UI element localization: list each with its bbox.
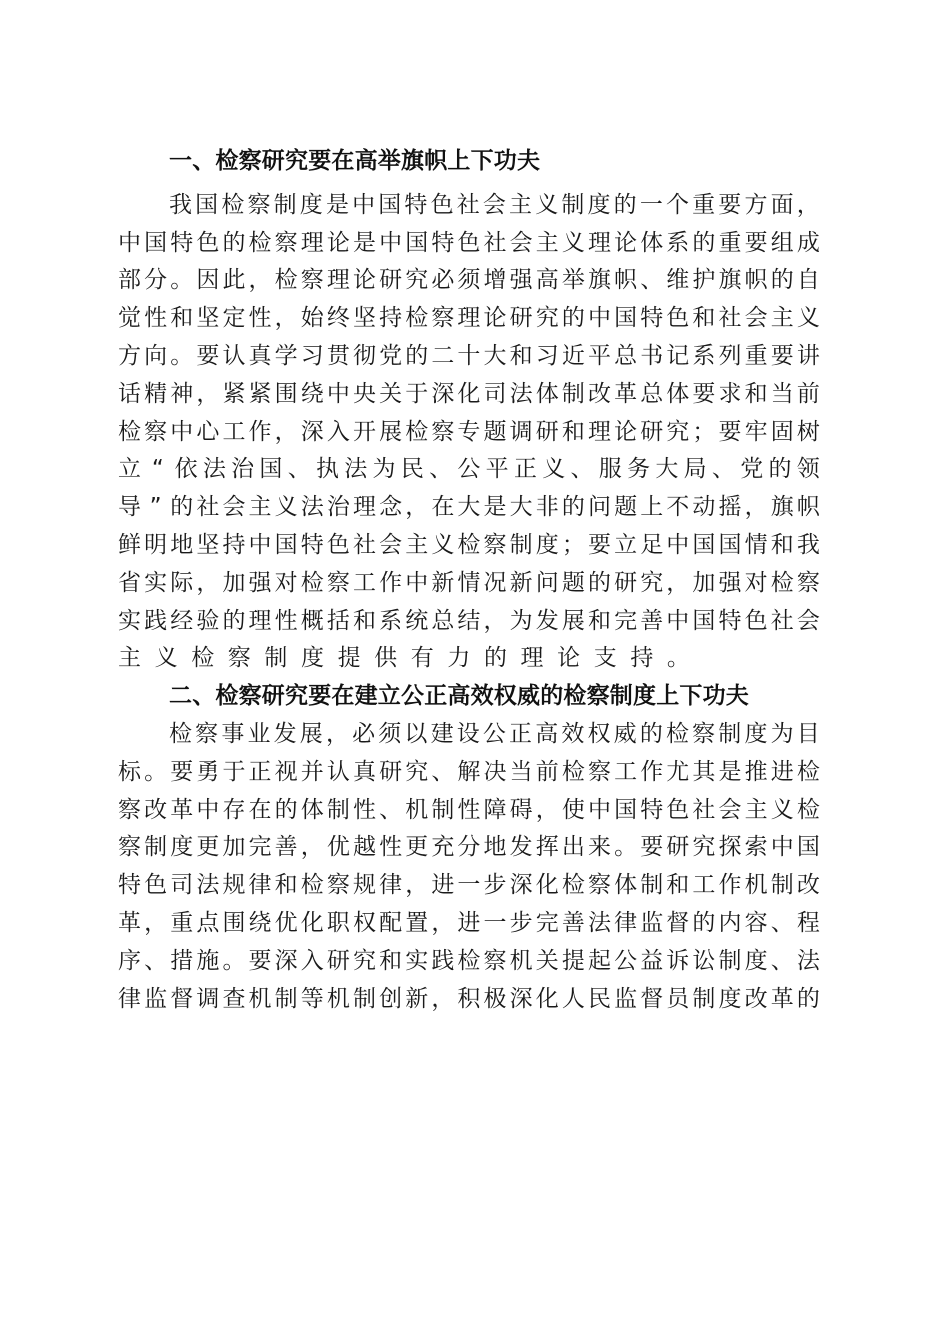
paragraph-line: 中国特色的检察理论是中国特色社会主义理论体系的重要组成 — [118, 225, 820, 263]
paragraph-line: 察改革中存在的体制性、机制性障碍，使中国特色社会主义检 — [118, 792, 820, 830]
paragraph-line: 序、措施。要深入研究和实践检察机关提起公益诉讼制度、法 — [118, 943, 820, 981]
paragraph-line: 察制度更加完善，优越性更充分地发挥出来。要研究探索中国 — [118, 829, 820, 867]
paragraph-line: 部分。因此，检察理论研究必须增强高举旗帜、维护旗帜的自 — [118, 262, 820, 300]
section-heading-1: 一、检察研究要在高举旗帜上下功夫 — [118, 143, 820, 181]
paragraph-line: 检察中心工作，深入开展检察专题调研和理论研究；要牢固树 — [118, 414, 820, 452]
paragraph-line: 鲜明地坚持中国特色社会主义检察制度；要立足中国国情和我 — [118, 527, 820, 565]
section-1-body: 我国检察制度是中国特色社会主义制度的一个重要方面， 中国特色的检察理论是中国特色… — [118, 187, 820, 678]
paragraph-line: 立“依法治国、执法为民、公平正义、服务大局、党的领 — [118, 451, 820, 489]
paragraph-line: 律监督调查机制等机制创新，积极深化人民监督员制度改革的 — [118, 981, 820, 1019]
paragraph-line: 革，重点围绕优化职权配置，进一步完善法律监督的内容、程 — [118, 905, 820, 943]
section-heading-2: 二、检察研究要在建立公正高效权威的检察制度上下功夫 — [118, 678, 820, 716]
paragraph-line: 方向。要认真学习贯彻党的二十大和习近平总书记系列重要讲 — [118, 338, 820, 376]
paragraph-line: 特色司法规律和检察规律，进一步深化检察体制和工作机制改 — [118, 867, 820, 905]
paragraph-line: 主义检察制度提供有力的理论支持。 — [118, 640, 820, 678]
paragraph-line: 检察事业发展，必须以建设公正高效权威的检察制度为目 — [118, 716, 820, 754]
paragraph-line: 省实际，加强对检察工作中新情况新问题的研究，加强对检察 — [118, 565, 820, 603]
paragraph-line: 觉性和坚定性，始终坚持检察理论研究的中国特色和社会主义 — [118, 300, 820, 338]
document-page: 一、检察研究要在高举旗帜上下功夫 我国检察制度是中国特色社会主义制度的一个重要方… — [118, 143, 820, 1018]
paragraph-line: 实践经验的理性概括和系统总结，为发展和完善中国特色社会 — [118, 603, 820, 641]
section-2-body: 检察事业发展，必须以建设公正高效权威的检察制度为目 标。要勇于正视并认真研究、解… — [118, 716, 820, 1018]
paragraph-line: 导”的社会主义法治理念，在大是大非的问题上不动摇，旗帜 — [118, 489, 820, 527]
paragraph-line: 标。要勇于正视并认真研究、解决当前检察工作尤其是推进检 — [118, 754, 820, 792]
paragraph-line: 我国检察制度是中国特色社会主义制度的一个重要方面， — [118, 187, 820, 225]
paragraph-line: 话精神，紧紧围绕中央关于深化司法体制改革总体要求和当前 — [118, 376, 820, 414]
